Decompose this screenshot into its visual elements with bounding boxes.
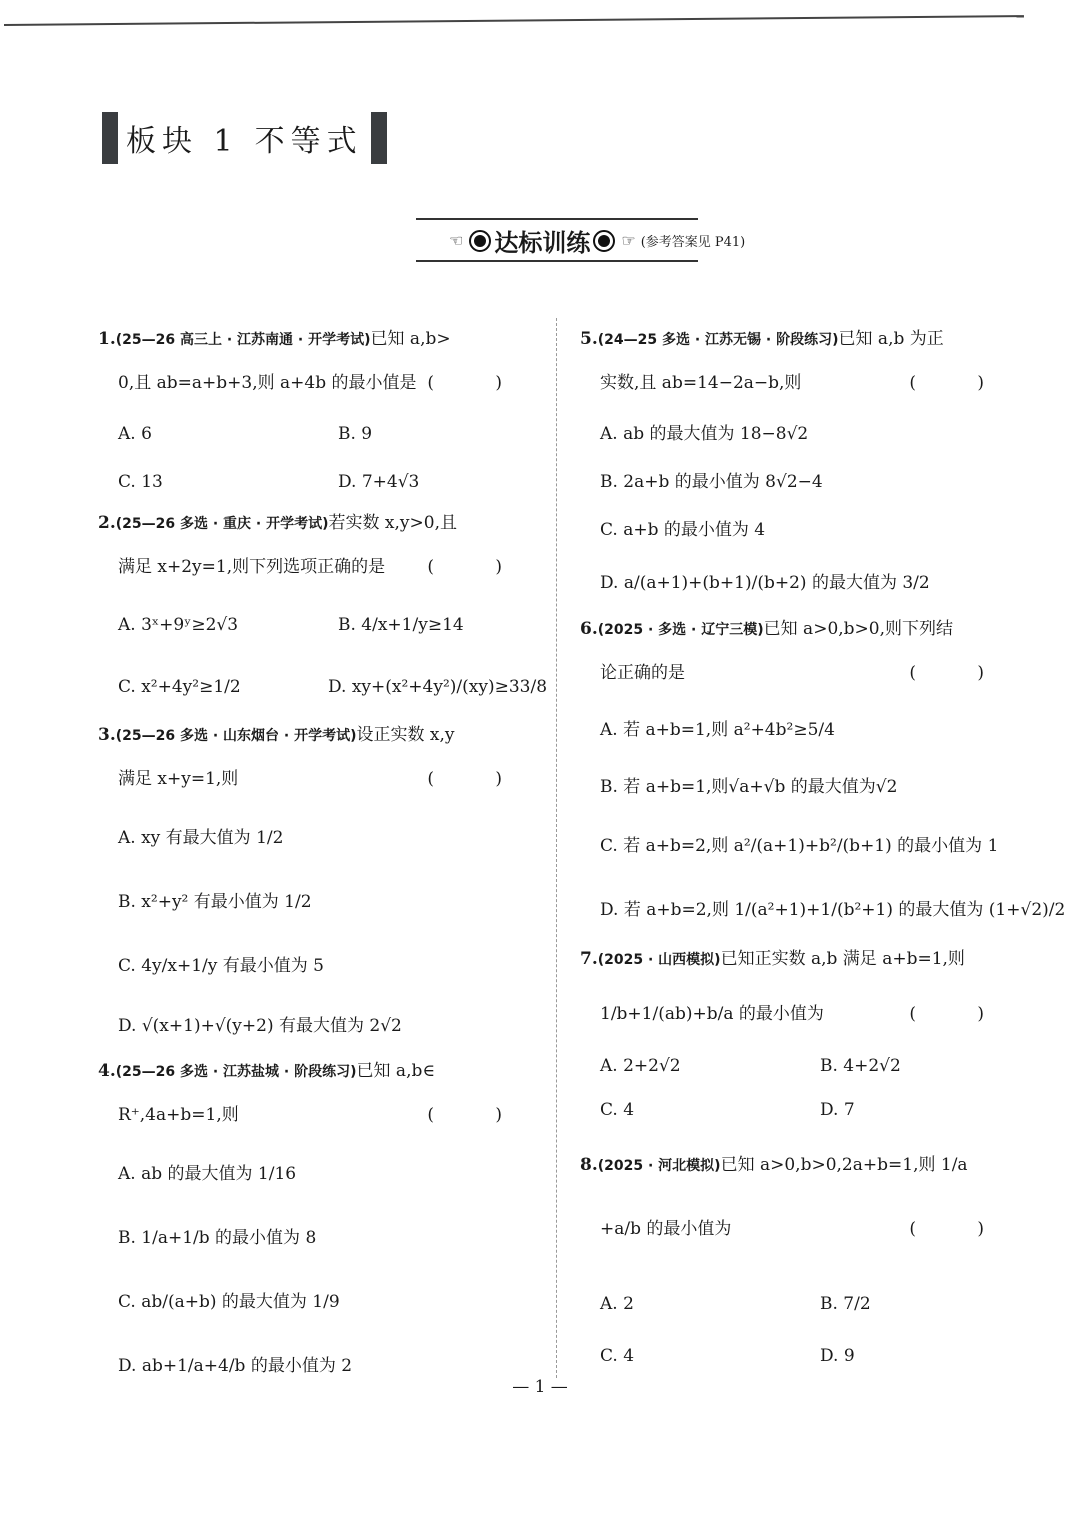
answer-blank[interactable]: ( ) (909, 366, 1012, 400)
question-number: 2. (98, 513, 116, 533)
option-b: B. 若 a+b=1,则√a+√b 的最大值为√2 (580, 760, 1020, 814)
answer-blank[interactable]: ( ) (427, 366, 530, 400)
block-title: 板块 1 不等式 (102, 112, 387, 164)
option-a: A. 6 (98, 410, 318, 458)
option-c: C. 13 (98, 458, 318, 506)
question-number: 7. (580, 949, 598, 969)
right-column: 5.(24—25 多选 · 江苏无锡 · 阶段练习)已知 a,b 为正 实数,且… (580, 322, 1020, 1380)
question-stem: 已知 a,b∈ (357, 1061, 435, 1081)
option-d: D. 9 (800, 1332, 1020, 1380)
option-b: B. 4/x+1/y≥14 (318, 594, 538, 656)
answer-blank[interactable]: ( ) (909, 656, 1012, 690)
question-stem: 1/b+1/(ab)+b/a 的最小值为 (600, 1004, 824, 1024)
option-c: C. 4y/x+1/y 有最小值为 5 (98, 934, 538, 998)
column-divider (556, 318, 557, 1378)
question-stem: 已知 a>0,b>0,2a+b=1,则 1/a (721, 1155, 968, 1175)
option-c: C. 4 (580, 1332, 800, 1380)
question-8: 8.(2025 · 河北模拟)已知 a>0,b>0,2a+b=1,则 1/a +… (580, 1148, 1020, 1380)
option-a: A. ab 的最大值为 18−8√2 (580, 410, 1020, 458)
question-stem: 已知 a>0,b>0,则下列结 (764, 619, 953, 639)
answer-blank[interactable]: ( ) (427, 550, 530, 584)
question-source: (2025 · 河北模拟) (598, 1158, 721, 1174)
question-7: 7.(2025 · 山西模拟)已知正实数 a,b 满足 a+b=1,则 1/b+… (580, 942, 1020, 1148)
option-a: A. ab 的最大值为 1/16 (98, 1142, 538, 1206)
option-d: D. √(x+1)+√(y+2) 有最大值为 2√2 (98, 998, 538, 1054)
question-source: (25—26 高三上 · 江苏南通 · 开学考试) (116, 332, 371, 348)
question-number: 1. (98, 329, 116, 349)
option-c: C. ab/(a+b) 的最大值为 1/9 (98, 1270, 538, 1334)
question-number: 3. (98, 725, 116, 745)
left-column: 1.(25—26 高三上 · 江苏南通 · 开学考试)已知 a,b> 0,且 a… (98, 322, 538, 1398)
question-source: (24—25 多选 · 江苏无锡 · 阶段练习) (598, 332, 839, 348)
option-a: A. 若 a+b=1,则 a²+4b²≥5/4 (580, 700, 1020, 760)
option-d: D. 7 (800, 1090, 1020, 1148)
question-stem: 设正实数 x,y (357, 725, 455, 745)
question-source: (25—26 多选 · 江苏盐城 · 阶段练习) (116, 1064, 357, 1080)
answer-blank[interactable]: ( ) (427, 1098, 530, 1132)
question-source: (2025 · 山西模拟) (598, 952, 721, 968)
section-title: 达标训练 (494, 223, 590, 258)
question-6: 6.(2025 · 多选 · 辽宁三模)已知 a>0,b>0,则下列结 论正确的… (580, 612, 1020, 942)
option-c: C. 若 a+b=2,则 a²/(a+1)+b²/(b+1) 的最小值为 1 (580, 814, 1020, 878)
question-number: 8. (580, 1155, 598, 1175)
question-stem: 已知 a,b 为正 (839, 329, 944, 349)
answer-blank[interactable]: ( ) (427, 762, 530, 796)
option-a: A. 2 (580, 1276, 800, 1332)
question-source: (25—26 多选 · 重庆 · 开学考试) (116, 516, 329, 532)
option-d: D. xy+(x²+4y²)/(xy)≥33/8 (308, 656, 538, 718)
block-label: 板块 1 (118, 116, 247, 160)
option-c: C. 4 (580, 1090, 800, 1148)
question-4: 4.(25—26 多选 · 江苏盐城 · 阶段练习)已知 a,b∈ R⁺,4a+… (98, 1054, 538, 1398)
answer-blank[interactable]: ( ) (909, 986, 1012, 1042)
title-bar-left (102, 112, 118, 164)
question-number: 6. (580, 619, 598, 639)
option-b: B. 1/a+1/b 的最小值为 8 (98, 1206, 538, 1270)
question-2: 2.(25—26 多选 · 重庆 · 开学考试)若实数 x,y>0,且 满足 x… (98, 506, 538, 718)
option-a: A. xy 有最大值为 1/2 (98, 806, 538, 870)
question-5: 5.(24—25 多选 · 江苏无锡 · 阶段练习)已知 a,b 为正 实数,且… (580, 322, 1020, 612)
option-b: B. 9 (318, 410, 538, 458)
option-a: A. 2+2√2 (580, 1042, 800, 1090)
option-b: B. 4+2√2 (800, 1042, 1020, 1090)
question-source: (2025 · 多选 · 辽宁三模) (598, 622, 764, 638)
option-b: B. 2a+b 的最小值为 8√2−4 (580, 458, 1020, 506)
option-a: A. 3ˣ+9ʸ≥2√3 (98, 594, 318, 656)
question-stem: 满足 x+y=1,则 (118, 769, 238, 789)
option-b: B. 7/2 (800, 1276, 1020, 1332)
option-d: D. 7+4√3 (318, 458, 538, 506)
option-c: C. a+b 的最小值为 4 (580, 506, 1020, 554)
question-1: 1.(25—26 高三上 · 江苏南通 · 开学考试)已知 a,b> 0,且 a… (98, 322, 538, 506)
question-source: (25—26 多选 · 山东烟台 · 开学考试) (116, 728, 357, 744)
question-3: 3.(25—26 多选 · 山东烟台 · 开学考试)设正实数 x,y 满足 x+… (98, 718, 538, 1054)
question-stem: 满足 x+2y=1,则下列选项正确的是 (118, 557, 385, 577)
option-d: D. a/(a+1)+(b+1)/(b+2) 的最大值为 3/2 (580, 554, 1020, 612)
option-b: B. x²+y² 有最小值为 1/2 (98, 870, 538, 934)
question-stem: 论正确的是 (600, 663, 685, 683)
page-number: — 1 — (0, 1377, 1080, 1397)
question-stem: 0,且 ab=a+b+3,则 a+4b 的最小值是 (118, 373, 417, 393)
question-number: 5. (580, 329, 598, 349)
option-c: C. x²+4y²≥1/2 (98, 656, 308, 718)
question-number: 4. (98, 1061, 116, 1081)
pointing-hand-right-icon: ☞ (621, 231, 635, 250)
question-stem: 若实数 x,y>0,且 (329, 513, 457, 533)
title-bar-right (371, 112, 387, 164)
question-stem: 已知正实数 a,b 满足 a+b=1,则 (721, 949, 965, 969)
question-stem: 已知 a,b> (371, 329, 451, 349)
question-stem: R⁺,4a+b=1,则 (118, 1105, 239, 1125)
pointing-hand-left-icon: ☜ (449, 231, 463, 250)
option-d: D. 若 a+b=2,则 1/(a²+1)+1/(b²+1) 的最大值为 (1+… (580, 878, 1020, 942)
question-stem: +a/b 的最小值为 (600, 1219, 731, 1239)
block-topic: 不等式 (247, 116, 371, 160)
section-header: ☜ 达标训练 ☞ (参考答案见 P41) (416, 218, 698, 262)
question-stem: 实数,且 ab=14−2a−b,则 (600, 373, 801, 393)
top-rule (4, 15, 1024, 26)
bullet-dot-icon (593, 230, 615, 252)
answer-blank[interactable]: ( ) (909, 1212, 1012, 1246)
answer-reference: (参考答案见 P41) (641, 231, 746, 250)
bullet-dot-icon (469, 230, 491, 252)
